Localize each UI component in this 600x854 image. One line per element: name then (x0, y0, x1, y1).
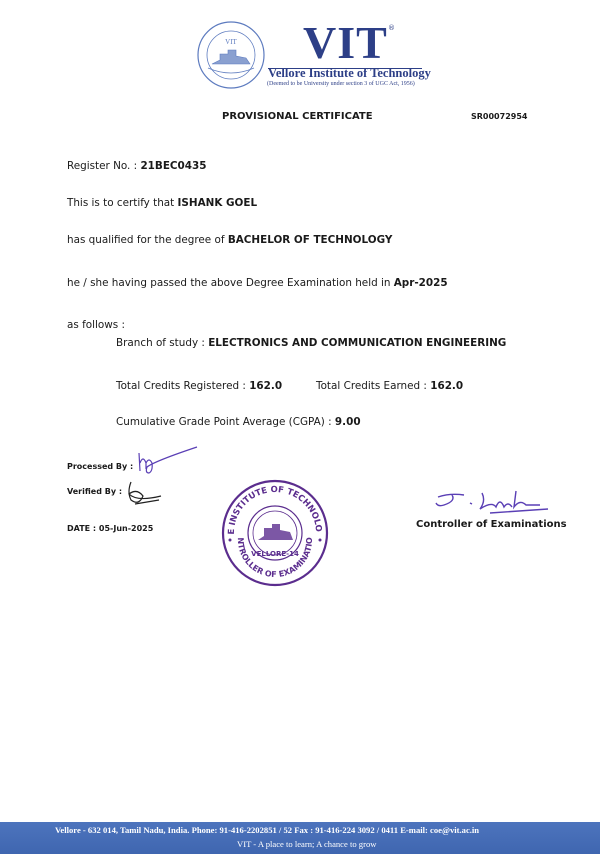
cgpa-value: 9.00 (335, 416, 361, 428)
credits-registered-row: Total Credits Registered : 162.0 (116, 380, 282, 392)
degree-row: has qualified for the degree of BACHELOR… (67, 234, 392, 246)
exam-session: Apr-2025 (394, 277, 448, 289)
cgpa-row: Cumulative Grade Point Average (CGPA) : … (116, 416, 361, 428)
processed-by-signature (135, 445, 200, 475)
svg-text:VIT: VIT (225, 38, 237, 46)
degree-name: BACHELOR OF TECHNOLOGY (228, 234, 393, 246)
degree-label: has qualified for the degree of (67, 234, 228, 246)
branch-row: Branch of study : ELECTRONICS AND COMMUN… (116, 337, 506, 349)
register-label: Register No. : (67, 160, 140, 172)
footer-band: Vellore - 632 014, Tamil Nadu, India. Ph… (0, 822, 600, 854)
certificate-title: PROVISIONAL CERTIFICATE (222, 111, 373, 122)
credits-registered-value: 162.0 (249, 380, 282, 392)
deemed-note: (Deemed to be University under section 3… (267, 81, 415, 87)
credits-earned-row: Total Credits Earned : 162.0 (316, 380, 463, 392)
certificate-serial: SR00072954 (471, 112, 527, 121)
register-number: 21BEC0435 (140, 160, 206, 172)
exam-row: he / she having passed the above Degree … (67, 277, 448, 289)
coe-seal: VELLORE INSTITUTE OF TECHNOLOGY (VIT) CO… (220, 478, 330, 588)
date-label: DATE : (67, 524, 99, 533)
institute-name: Vellore Institute of Technology (268, 66, 431, 81)
student-name: ISHANK GOEL (178, 197, 258, 209)
date-value: 05-Jun-2025 (99, 524, 153, 533)
exam-label: he / she having passed the above Degree … (67, 277, 394, 289)
footer-address: Vellore - 632 014, Tamil Nadu, India. Ph… (55, 825, 479, 835)
branch-label: Branch of study : (116, 337, 208, 349)
footer-tagline: VIT - A place to learn; A chance to grow (237, 839, 376, 849)
verified-by-signature (125, 478, 165, 508)
verified-by-label: Verified By : (67, 487, 122, 496)
processed-by-label: Processed By : (67, 462, 133, 471)
certify-label: This is to certify that (67, 197, 178, 209)
controller-of-examinations-label: Controller of Examinations (416, 519, 567, 530)
vit-wordmark: VIT (303, 20, 388, 66)
vit-emblem-logo: VIT (196, 20, 266, 90)
controller-signature (430, 487, 550, 517)
svg-text:VELLORE-14: VELLORE-14 (251, 550, 299, 558)
credits-earned-label: Total Credits Earned : (316, 380, 430, 392)
branch-name: ELECTRONICS AND COMMUNICATION ENGINEERIN… (208, 337, 506, 349)
credits-earned-value: 162.0 (430, 380, 463, 392)
credits-registered-label: Total Credits Registered : (116, 380, 249, 392)
as-follows: as follows : (67, 319, 125, 331)
registered-mark: ® (388, 24, 395, 32)
certify-row: This is to certify that ISHANK GOEL (67, 197, 257, 209)
register-row: Register No. : 21BEC0435 (67, 160, 206, 172)
cgpa-label: Cumulative Grade Point Average (CGPA) : (116, 416, 335, 428)
date-row: DATE : 05-Jun-2025 (67, 524, 153, 533)
